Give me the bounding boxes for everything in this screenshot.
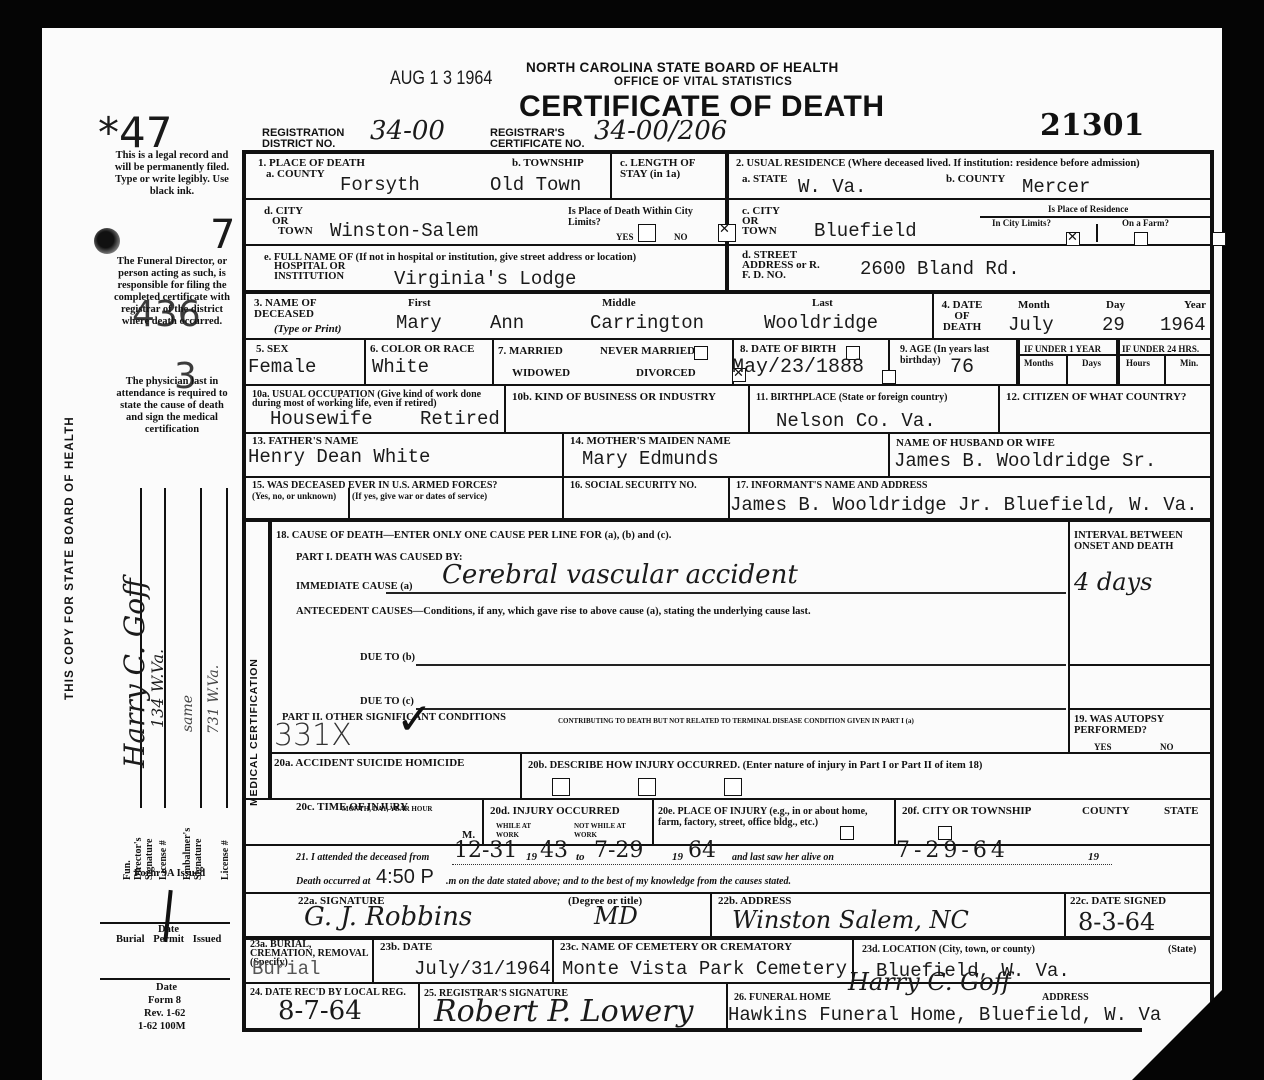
form-9a-issued: Form 9A Issued <box>134 868 205 879</box>
label-mother-maiden-name: 14. MOTHER'S MAIDEN NAME <box>570 436 731 447</box>
label-city-township: 20f. CITY OR TOWNSHIP <box>902 806 1031 817</box>
burial-permit-issued: Burial Permit Issued <box>116 934 221 945</box>
date-label-2: Date <box>156 982 177 993</box>
label-autopsy-yes: YES <box>1094 742 1112 752</box>
informant-name-address[interactable]: James B. Wooldridge Jr. Bluefield, W. Va… <box>730 494 1197 516</box>
within-limits-yes-checkbox[interactable] <box>638 224 656 242</box>
homicide-checkbox[interactable] <box>724 778 742 796</box>
within-limits-no-checkbox[interactable] <box>718 224 736 242</box>
label-injury-county: COUNTY <box>1082 806 1130 817</box>
label-hospital-institution: HOSPITAL OR INSTITUTION <box>274 262 354 282</box>
label-funeral-home: 26. FUNERAL HOME <box>734 992 831 1003</box>
label-usual-occupation: 10a. USUAL OCCUPATION (Give kind of work… <box>252 390 502 408</box>
label-yes: YES <box>616 232 634 242</box>
registration-district-label: REGISTRATION DISTRICT NO. <box>262 128 382 150</box>
legal-notice: This is a legal record and will be perma… <box>112 150 232 198</box>
race-value[interactable]: White <box>372 356 429 378</box>
label-color-race: 6. COLOR OR RACE <box>370 344 475 355</box>
physician-signature[interactable]: G. J. Robbins <box>304 902 472 932</box>
label-on-farm: On a Farm? <box>1122 218 1169 228</box>
on-farm-yes-checkbox[interactable] <box>1212 232 1226 246</box>
date-of-birth[interactable]: May/23/1888 <box>732 356 864 379</box>
physician-address[interactable]: Winston Salem, NC <box>732 906 969 934</box>
label-birthplace: 11. BIRTHPLACE (State or foreign country… <box>756 392 948 403</box>
label-funeral-address: ADDRESS <box>1042 992 1089 1003</box>
mother-maiden-name[interactable]: Mary Edmunds <box>582 448 719 470</box>
label-usual-residence: 2. USUAL RESIDENCE (Where deceased lived… <box>736 158 1140 169</box>
label-hours: Hours <box>1126 358 1150 368</box>
label-burial-location: 23d. LOCATION (City, town, or county) <box>862 944 1035 955</box>
label-days: Days <box>1082 358 1101 368</box>
label-place-of-residence: Is Place of Residence <box>1048 204 1128 214</box>
in-city-yes-checkbox[interactable] <box>1066 232 1080 246</box>
embalmer-license: 731 W.Va. <box>206 665 222 734</box>
burial-type[interactable]: Burial <box>252 958 320 980</box>
label-describe-injury: 20b. DESCRIBE HOW INJURY OCCURRED. (Ente… <box>528 760 982 771</box>
label-month: Month <box>1018 300 1050 311</box>
label-county: a. COUNTY <box>266 169 325 180</box>
funeral-director-license: 134 W.Va. <box>148 649 167 728</box>
hospital-name[interactable]: Virginia's Lodge <box>394 268 576 290</box>
residence-county[interactable]: Mercer <box>1022 176 1090 198</box>
medical-certification-label: MEDICAL CERTIFICATION <box>248 658 260 806</box>
label-informant: 17. INFORMANT'S NAME AND ADDRESS <box>736 480 927 491</box>
date-signed[interactable]: 8-3-64 <box>1078 908 1155 936</box>
label-township: b. TOWNSHIP <box>512 158 584 169</box>
label-part-1: PART I. DEATH WAS CAUSED BY: <box>296 552 463 563</box>
agency-name: NORTH CAROLINA STATE BOARD OF HEALTH <box>526 60 839 75</box>
label-under-24-hrs: IF UNDER 24 HRS. <box>1122 344 1199 354</box>
label-last-saw: and last saw her alive on <box>732 852 834 863</box>
label-immediate-cause: IMMEDIATE CAUSE (a) <box>296 581 412 592</box>
divorced-checkbox[interactable] <box>882 370 896 384</box>
residence-state[interactable]: W. Va. <box>798 176 866 198</box>
torn-corner <box>1132 990 1222 1080</box>
funeral-director-signature: Harry C. Goff <box>118 578 151 768</box>
label-cemetery-name: 23c. NAME OF CEMETERY OR CREMATORY <box>560 942 792 953</box>
death-year[interactable]: 1964 <box>1160 314 1206 336</box>
registrar-cert-value: 34-00/206 <box>594 116 727 146</box>
label-in-city-limits: In City Limits? <box>992 218 1051 228</box>
death-township[interactable]: Old Town <box>490 174 581 196</box>
accident-checkbox[interactable] <box>552 778 570 796</box>
print-run-label: 1-62 100M <box>138 1021 186 1032</box>
label-state: a. STATE <box>742 174 787 185</box>
label-part-2-sub: CONTRIBUTING TO DEATH BUT NOT RELATED TO… <box>558 716 914 727</box>
label-type-or-print: (Type or Print) <box>274 324 341 335</box>
state-copy-label: THIS COPY FOR STATE BOARD OF HEALTH <box>64 416 76 700</box>
physician-degree[interactable]: MD <box>594 902 638 930</box>
deceased-middle-name-1[interactable]: Ann <box>490 312 524 334</box>
label-license-2: License # <box>220 840 231 880</box>
label-name-of-deceased: 3. NAME OF DECEASED <box>254 298 344 320</box>
sex-value[interactable]: Female <box>248 356 316 378</box>
label-social-security: 16. SOCIAL SECURITY NO. <box>570 480 697 491</box>
immediate-cause[interactable]: Cerebral vascular accident <box>442 560 798 590</box>
label-res-city: c. CITY OR TOWN <box>742 206 782 236</box>
occupation-value[interactable]: Housewife <box>270 408 373 430</box>
label-spouse-name: NAME OF HUSBAND OR WIFE <box>896 438 1055 449</box>
form-8-label: Form 8 <box>148 995 181 1006</box>
spouse-name[interactable]: James B. Wooldridge Sr. <box>894 450 1156 472</box>
label-to: to <box>576 852 585 863</box>
label-day: Day <box>1106 300 1125 311</box>
label-armed-forces: 15. WAS DECEASED EVER IN U.S. ARMED FORC… <box>252 480 497 491</box>
label-res-county: b. COUNTY <box>946 174 1005 185</box>
occupation-retired[interactable]: Retired <box>420 408 500 430</box>
cemetery-name[interactable]: Monte Vista Park Cemetery <box>562 958 847 980</box>
last-saw-date[interactable]: 7-29-64 <box>896 838 1009 863</box>
label-length-of-stay: c. LENGTH OF STAY (in 1a) <box>620 158 720 180</box>
label-middle: Middle <box>602 298 636 309</box>
label-accident-suicide-homicide: 20a. ACCIDENT SUICIDE HOMICIDE <box>274 758 465 769</box>
while-at-work-checkbox[interactable] <box>840 826 854 840</box>
label-kind-of-business: 10b. KIND OF BUSINESS OR INDUSTRY <box>512 392 716 403</box>
married-checkbox[interactable] <box>694 346 708 360</box>
label-street-address: d. STREET ADDRESS or R. F. D. NO. <box>742 250 822 280</box>
death-time[interactable]: 4:50 P <box>376 866 434 889</box>
revision-label: Rev. 1-62 <box>144 1008 185 1019</box>
label-armed-dates: (If yes, give war or dates of service) <box>352 491 487 501</box>
label-date-signed: 22c. DATE SIGNED <box>1070 896 1166 907</box>
certificate-number: 21301 <box>1040 108 1144 143</box>
father-name[interactable]: Henry Dean White <box>248 446 430 468</box>
registrar-signature[interactable]: Robert P. Lowery <box>434 994 693 1029</box>
label-first: First <box>408 298 431 309</box>
attended-from-date[interactable]: 12-31 <box>454 838 517 863</box>
label-no: NO <box>674 232 688 242</box>
part-2-code[interactable]: 331X <box>274 718 352 753</box>
received-stamp: AUG 1 3 1964 <box>390 68 492 90</box>
label-citizen-of: 12. CITIZEN OF WHAT COUNTRY? <box>1006 392 1186 403</box>
deceased-first-name[interactable]: Mary <box>396 312 442 334</box>
label-autopsy-no: NO <box>1160 742 1174 752</box>
label-under-1-year: IF UNDER 1 YEAR <box>1024 344 1101 354</box>
death-city[interactable]: Winston-Salem <box>330 220 478 242</box>
label-burial-date: 23b. DATE <box>380 942 432 953</box>
death-county[interactable]: Forsyth <box>340 174 420 196</box>
label-19-c: 19 <box>1088 852 1099 863</box>
label-due-to-b: DUE TO (b) <box>360 652 415 663</box>
label-city-3: TOWN <box>278 226 313 237</box>
date-received[interactable]: 8-7-64 <box>278 996 362 1026</box>
label-widowed: WIDOWED <box>512 368 570 379</box>
funeral-home-signature[interactable]: Harry C. Goff <box>848 968 1011 996</box>
label-interval-onset: INTERVAL BETWEEN ONSET AND DEATH <box>1074 530 1214 552</box>
label-19-a: 19 <box>526 852 537 863</box>
physician-notice: The physician last in attendance is requ… <box>112 376 232 436</box>
registrar-cert-label: REGISTRAR'S CERTIFICATE NO. <box>490 128 600 150</box>
label-cause-of-death: 18. CAUSE OF DEATH—ENTER ONLY ONE CAUSE … <box>276 530 671 541</box>
margin-mark-436: 436 <box>132 294 201 335</box>
deceased-middle-name-2[interactable]: Carrington <box>590 312 704 334</box>
label-year: Year <box>1184 300 1206 311</box>
embalmer-signature: same <box>180 695 196 732</box>
registration-district-value: 34-00 <box>370 116 445 146</box>
label-last: Last <box>812 298 833 309</box>
label-attended-from: 21. I attended the deceased from <box>296 852 429 863</box>
label-never-married: NEVER MARRIED <box>600 346 695 357</box>
birthplace-value[interactable]: Nelson Co. Va. <box>776 410 936 432</box>
death-month[interactable]: July <box>1008 314 1054 336</box>
age-value[interactable]: 76 <box>950 356 974 379</box>
label-burial-state: (State) <box>1168 944 1196 955</box>
label-place-of-injury: 20e. PLACE OF INJURY (e.g., in or about … <box>658 806 888 828</box>
label-date-of-birth: 8. DATE OF BIRTH <box>740 344 836 355</box>
label-min: Min. <box>1180 358 1198 368</box>
punch-hole <box>94 228 120 254</box>
label-date-of-death: 4. DATE OF DEATH <box>940 300 984 333</box>
label-armed-yes-no: (Yes, no, or unknown) <box>252 491 336 501</box>
label-death-statement: .m on the date stated above; and to the … <box>446 876 791 887</box>
label-months: Months <box>1024 358 1054 368</box>
label-divorced: DIVORCED <box>636 368 696 379</box>
label-autopsy: 19. WAS AUTOPSY PERFORMED? <box>1074 714 1204 736</box>
label-injury-state: STATE <box>1164 806 1198 817</box>
deceased-last-name[interactable]: Wooldridge <box>764 312 878 334</box>
death-day[interactable]: 29 <box>1102 314 1125 336</box>
immediate-cause-interval[interactable]: 4 days <box>1074 568 1152 596</box>
label-antecedent-causes: ANTECEDENT CAUSES—Conditions, if any, wh… <box>296 606 811 617</box>
burial-date[interactable]: July/31/1964 <box>414 958 551 980</box>
residence-city[interactable]: Bluefield <box>814 220 917 242</box>
label-death-occurred-at: Death occurred at <box>296 876 370 887</box>
margin-mark-7: 7 <box>210 212 235 258</box>
death-certificate: AUG 1 3 1964 NORTH CAROLINA STATE BOARD … <box>42 28 1222 1080</box>
label-married: 7. MARRIED <box>498 346 563 357</box>
attended-from-year[interactable]: 43 <box>540 838 568 863</box>
suicide-checkbox[interactable] <box>638 778 656 796</box>
label-19-b: 19 <box>672 852 683 863</box>
funeral-home-name-address[interactable]: Hawkins Funeral Home, Bluefield, W. Va <box>728 1004 1161 1026</box>
attended-to-date[interactable]: 7-29 <box>594 838 643 863</box>
residence-street[interactable]: 2600 Bland Rd. <box>860 258 1020 280</box>
label-sex: 5. SEX <box>256 344 288 355</box>
in-city-no-checkbox[interactable] <box>1134 232 1148 246</box>
label-injury-occurred: 20d. INJURY OCCURRED <box>490 806 620 817</box>
label-time-sub: MONTH, DAY, YEAR HOUR <box>342 804 432 815</box>
office-name: OFFICE OF VITAL STATISTICS <box>614 76 792 88</box>
attended-to-year[interactable]: 64 <box>688 838 716 863</box>
